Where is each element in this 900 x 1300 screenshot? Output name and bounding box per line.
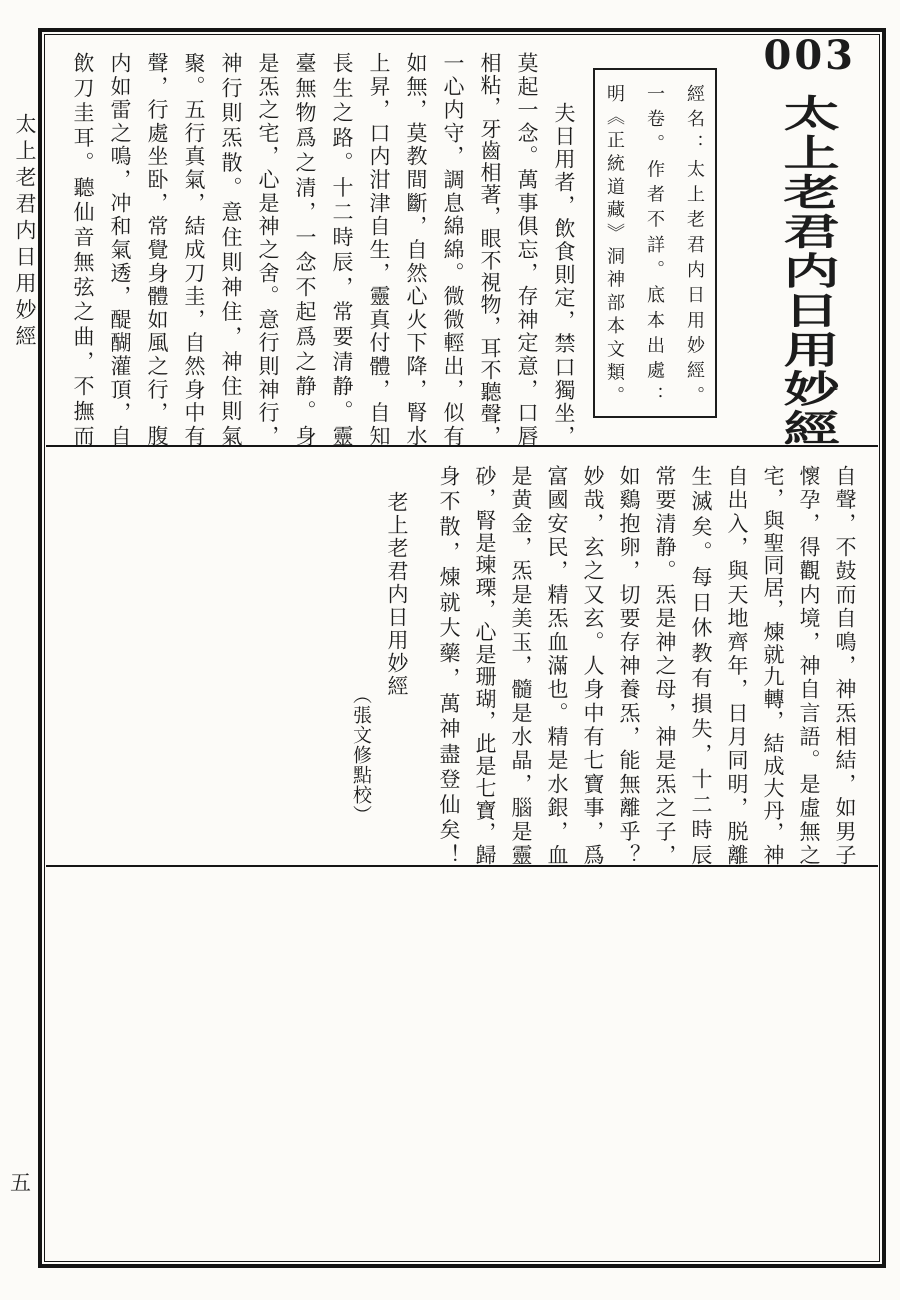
text-column: 是黄金，炁是美玉，髓是水晶，腦是靈 <box>503 465 539 865</box>
text-column: 長生之路。十二時辰，常要清静。靈 <box>323 52 360 446</box>
page-id-number: 003 <box>764 36 857 76</box>
text-column: 神行則炁散。意住則神住，神住則氣 <box>212 52 249 446</box>
margin-running-title: 太上老君内日用妙經 <box>10 113 40 346</box>
section-divider <box>46 865 878 867</box>
text-column: 宅，與聖同居，煉就九轉，結成大丹，神 <box>755 465 791 865</box>
text-column: 上昇，口内泔津自生，靈真付體，自知 <box>360 52 397 446</box>
text-section-bottom: 自聲，不鼓而自鳴，神炁相結，如男子 懷孕，得觀内境，神自言語。是虛無之 宅，與聖… <box>343 465 863 865</box>
section-divider <box>46 445 878 447</box>
main-title: 太上老君内日用妙經 <box>772 94 842 446</box>
biblio-column: 明《正統道藏》洞神部本文類。 <box>594 84 634 404</box>
text-column: 自出入，與天地齊年，日月同明，脱離 <box>719 465 755 865</box>
biblio-column: 一卷。作者不詳。底本出處： <box>634 84 674 404</box>
text-column: 自聲，不鼓而自鳴，神炁相結，如男子 <box>827 465 863 865</box>
text-column: 莫起一念。萬事俱忘，存神定意，口唇 <box>508 52 545 446</box>
text-column: 妙哉，玄之又玄。人身中有七寶事，爲 <box>575 465 611 865</box>
text-column: 夫日用者，飲食則定，禁口獨坐， <box>545 52 582 446</box>
text-column: 聲，行處坐卧，常覺身體如風之行，腹 <box>138 52 175 446</box>
text-column: 懷孕，得觀内境，神自言語。是虛無之 <box>791 465 827 865</box>
text-column: 常要清静。炁是神之母，神是炁之子， <box>647 465 683 865</box>
text-column: 内如雷之鳴，冲和氣透，醍醐灌頂，自 <box>101 52 138 446</box>
text-column: 是炁之宅，心是神之舍。意行則神行， <box>249 52 286 446</box>
text-column: 砂，腎是瑓瑮，心是珊瑚，此是七寶，歸 <box>467 465 503 865</box>
text-section-top: 夫日用者，飲食則定，禁口獨坐， 莫起一念。萬事俱忘，存神定意，口唇 相粘，牙齒相… <box>64 52 582 446</box>
editor-note: （張文修點校） <box>343 465 379 865</box>
text-column: 一心内守，調息綿綿。微微輕出，似有 <box>434 52 471 446</box>
text-column: 如無，莫教間斷，自然心火下降，腎水 <box>397 52 434 446</box>
end-title: 老上老君内日用妙經 <box>379 465 415 865</box>
biblio-box: 經名：太上老君内日用妙經。 一卷。作者不詳。底本出處： 明《正統道藏》洞神部本文… <box>593 68 717 418</box>
text-column: 富國安民，精炁血滿也。精是水銀，血 <box>539 465 575 865</box>
text-column: 生滅矣。每日休教有損失，十二時辰 <box>683 465 719 865</box>
biblio-column: 經名：太上老君内日用妙經。 <box>674 84 714 404</box>
text-column: 如鷄抱卵，切要存神養炁，能無離乎？ <box>611 465 647 865</box>
text-column: 聚。五行真氣，結成刀圭，自然身中有 <box>175 52 212 446</box>
text-column: 臺無物爲之清，一念不起爲之静。身 <box>286 52 323 446</box>
text-column: 身不散，煉就大藥，萬神盡登仙矣！ <box>431 465 467 865</box>
folio-number: 五 <box>10 1173 31 1194</box>
scripture-page: 太上老君内日用妙經 五 003 太上老君内日用妙經 經名：太上老君内日用妙經。 … <box>0 0 900 1300</box>
text-column: 飲刀圭耳。聽仙音無弦之曲，不撫而 <box>64 52 101 446</box>
text-column: 相粘，牙齒相著，眼不視物，耳不聽聲， <box>471 52 508 446</box>
